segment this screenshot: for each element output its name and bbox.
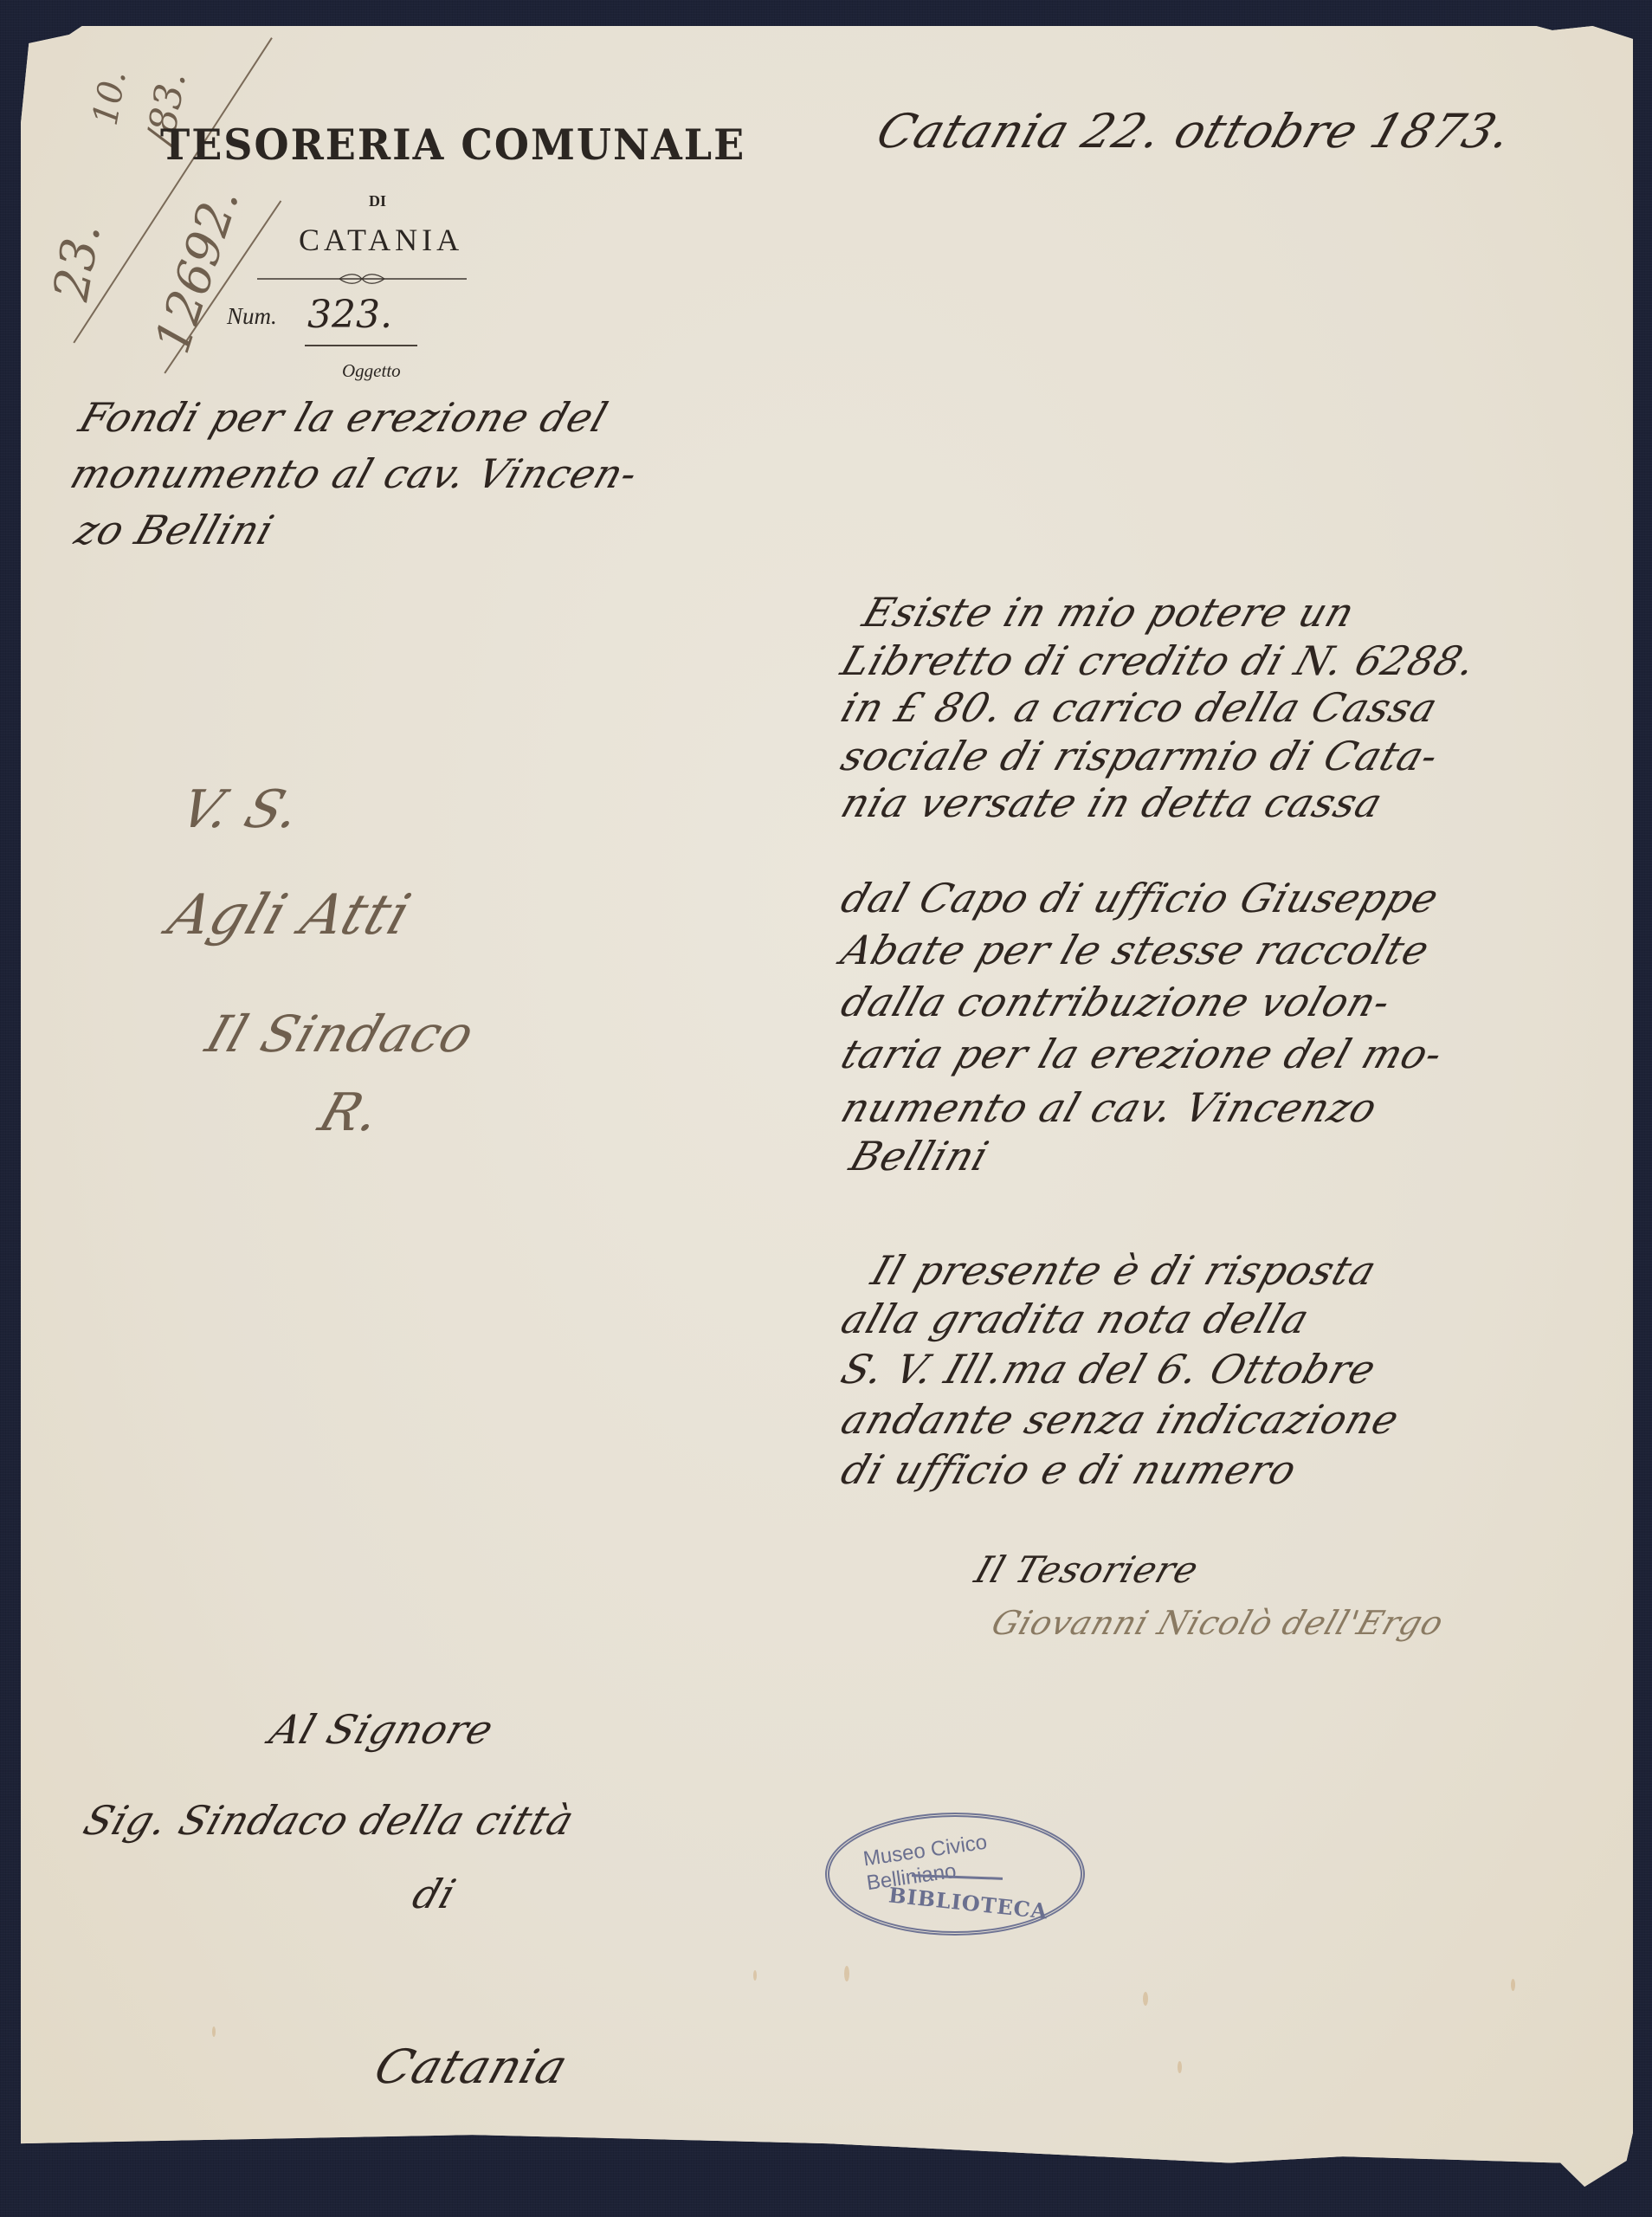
letterhead-di: DI [369, 192, 386, 210]
subject-line: zo Bellini [69, 507, 281, 553]
stamp-bottom-text: BIBLIOTECA [887, 1882, 1049, 1923]
body-line: Libretto di credito di N. 6288. [836, 637, 1482, 684]
foxing-spot [212, 2026, 216, 2037]
annotation-line: Agli Atti [160, 883, 419, 947]
ornament-rule [257, 273, 467, 285]
library-stamp: Museo Civico Belliniano BIBLIOTECA [825, 1813, 1085, 1936]
foxing-spot [1143, 1992, 1148, 2006]
body-line: alla gradita nota della [836, 1296, 1315, 1342]
annotation-line: Il Sindaco [199, 1005, 482, 1063]
subject-line: monumento al cav. Vincen- [65, 450, 644, 497]
protocol-number: 323. [307, 293, 392, 337]
body-line: numento al cav. Vincenzo [836, 1084, 1384, 1131]
body-line: in £ 80. a carico della Cassa [836, 684, 1444, 731]
body-line: Bellini [844, 1133, 995, 1180]
subject-label: Oggetto [342, 360, 401, 382]
body-line: dal Capo di ufficio Giuseppe [836, 875, 1445, 921]
body-line: Il presente è di risposta [866, 1247, 1383, 1294]
num-underline [305, 345, 417, 346]
body-line: nia versate in detta cassa [836, 779, 1389, 826]
address-line: Sig. Sindaco della città [78, 1797, 580, 1844]
subject-line: Fondi per la erezione del [74, 394, 614, 441]
letterhead-title: TESORERIA COMUNALE [160, 120, 745, 170]
foxing-spot [844, 1966, 849, 1981]
foxing-spot [1511, 1979, 1515, 1991]
closing-title: Il Tesoriere [970, 1548, 1204, 1591]
address-line: Al Signore [264, 1706, 500, 1753]
body-line: Esiste in mio potere un [857, 589, 1361, 636]
body-line: andante senza indicazione [836, 1396, 1405, 1443]
body-line: Abate per le stesse raccolte [836, 927, 1436, 973]
foxing-spot [1178, 2061, 1182, 2073]
treasurer-signature: Giovanni Nicolò dell'Ergo [987, 1604, 1449, 1642]
address-line: Catania [368, 2039, 575, 2094]
num-label: Num. [227, 303, 277, 330]
foxing-spot [753, 1970, 757, 1981]
date-line: Catania 22. ottobre 1873. [870, 104, 1520, 158]
body-line: taria per la erezione del mo- [836, 1031, 1449, 1077]
body-line: sociale di risparmio di Cata- [836, 733, 1445, 779]
body-line: dalla contribuzione volon- [836, 979, 1397, 1025]
annotation-line: V. S. [173, 779, 309, 840]
body-line: S. V. Ill.ma del 6. Ottobre [836, 1346, 1383, 1393]
letterhead-city: CATANIA [299, 222, 463, 258]
body-line: di ufficio e di numero [836, 1446, 1303, 1493]
